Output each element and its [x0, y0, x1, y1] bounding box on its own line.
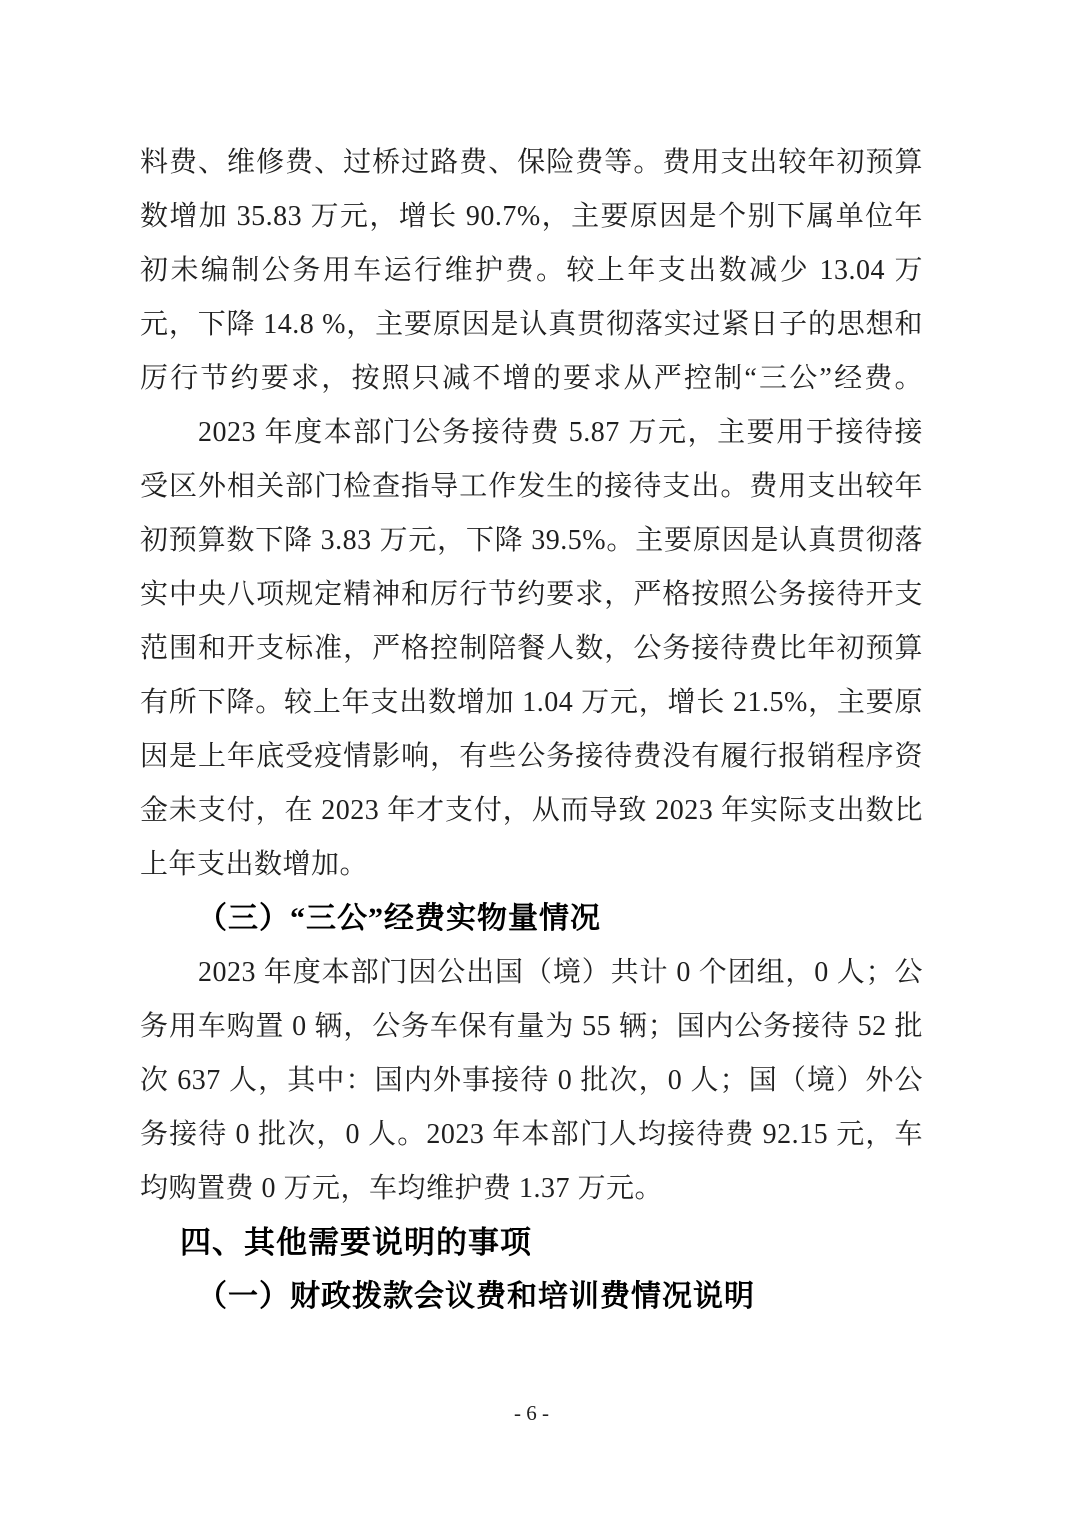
document-page: 料费、维修费、过桥过路费、保险费等。费用支出较年初预算数增加 35.83 万元，… [0, 0, 1075, 1520]
text-line: 次 637 人，其中：国内外事接待 0 批次，0 人；国（境）外公 [140, 1054, 923, 1108]
text-line: 料费、维修费、过桥过路费、保险费等。费用支出较年初预算 [140, 136, 923, 190]
text-line: 数增加 35.83 万元，增长 90.7%，主要原因是个别下属单位年 [140, 190, 923, 244]
text-line: 有所下降。较上年支出数增加 1.04 万元，增长 21.5%，主要原 [140, 676, 923, 730]
paragraph-physical-quantity: 2023 年度本部门因公出国（境）共计 0 个团组，0 人；公务用车购置 0 辆… [140, 946, 923, 1216]
heading-section-3-physical-quantity: （三）“三公”经费实物量情况 [140, 892, 923, 946]
text-line: 务用车购置 0 辆，公务车保有量为 55 辆；国内公务接待 52 批 [140, 1000, 923, 1054]
text-line: 因是上年底受疫情影响，有些公务接待费没有履行报销程序资 [140, 730, 923, 784]
text-line: 金未支付，在 2023 年才支付，从而导致 2023 年实际支出数比 [140, 784, 923, 838]
paragraph-vehicle-maintenance: 料费、维修费、过桥过路费、保险费等。费用支出较年初预算数增加 35.83 万元，… [140, 136, 923, 406]
text-line: 2023 年度本部门公务接待费 5.87 万元，主要用于接待接 [140, 406, 923, 460]
page-number: - 6 - [140, 1398, 923, 1428]
text-line: 初未编制公务用车运行维护费。较上年支出数减少 13.04 万 [140, 244, 923, 298]
heading-part-4-other-matters: 四、其他需要说明的事项 [140, 1216, 923, 1270]
text-line: 初预算数下降 3.83 万元，下降 39.5%。主要原因是认真贯彻落 [140, 514, 923, 568]
paragraph-official-reception: 2023 年度本部门公务接待费 5.87 万元，主要用于接待接受区外相关部门检查… [140, 406, 923, 892]
text-line: 务接待 0 批次，0 人。2023 年本部门人均接待费 92.15 元，车 [140, 1108, 923, 1162]
text-line: 均购置费 0 万元，车均维护费 1.37 万元。 [140, 1162, 923, 1216]
text-line: 厉行节约要求，按照只减不增的要求从严控制“三公”经费。 [140, 352, 923, 406]
text-line: 2023 年度本部门因公出国（境）共计 0 个团组，0 人；公 [140, 946, 923, 1000]
text-line: 实中央八项规定精神和厉行节约要求，严格按照公务接待开支 [140, 568, 923, 622]
text-line: 上年支出数增加。 [140, 838, 923, 892]
text-line: 范围和开支标准，严格控制陪餐人数，公务接待费比年初预算 [140, 622, 923, 676]
heading-part-4-item-1-meeting-training-fees: （一）财政拨款会议费和培训费情况说明 [140, 1270, 923, 1324]
text-line: 元，下降 14.8 %，主要原因是认真贯彻落实过紧日子的思想和 [140, 298, 923, 352]
page-content: 料费、维修费、过桥过路费、保险费等。费用支出较年初预算数增加 35.83 万元，… [140, 136, 923, 1324]
text-line: 受区外相关部门检查指导工作发生的接待支出。费用支出较年 [140, 460, 923, 514]
